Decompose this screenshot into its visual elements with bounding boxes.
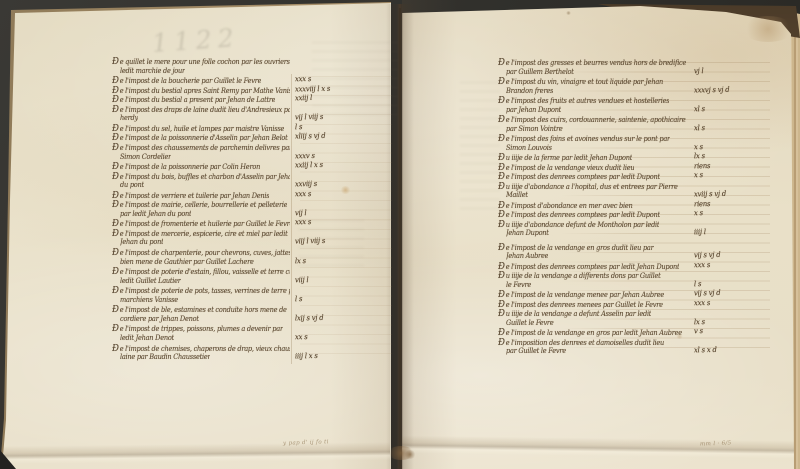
- amount-value: xxiij l: [295, 94, 312, 103]
- entry-line: Simon Cordelier: [120, 152, 171, 160]
- amount-value: l s: [694, 279, 701, 288]
- amount-value: lx s: [694, 152, 705, 161]
- entry-line: Ðe quillet le mere pour une folle cochon…: [112, 57, 290, 68]
- entry-line: ledit Jehan Denot: [120, 334, 174, 342]
- amount-value: x s: [694, 142, 703, 151]
- ghost-numerals: 1122: [151, 23, 240, 58]
- right-foot-note: mm l · 6/5: [700, 440, 732, 447]
- ghost-text-block: [460, 82, 500, 216]
- entry-line: par ledit Jehan du pont: [120, 210, 191, 218]
- manuscript-photo: 1122 Ðe quillet le mere pour une folle c…: [0, 0, 800, 469]
- entry-line: Brandon freres: [506, 86, 553, 94]
- paraph-mark: Ð: [112, 143, 119, 154]
- paraph-mark: Ð: [112, 305, 119, 316]
- amount-value: xxxvj s vj d: [694, 85, 729, 94]
- entry-line: cordiere par Jehan Denot: [120, 315, 199, 323]
- paraph-mark: Ð: [498, 271, 505, 282]
- paraph-mark: Ð: [498, 337, 505, 348]
- paraph-mark: Ð: [112, 104, 119, 115]
- amount-value: xxx s: [295, 75, 311, 84]
- amount-value: viij l viij s: [295, 237, 325, 246]
- amount-value: xl s x d: [694, 345, 717, 354]
- entry-line: par Guillem Berthelot: [506, 67, 574, 75]
- amount-value: xx s: [295, 333, 308, 342]
- entry-line: Jehan Dupont: [506, 229, 549, 237]
- amount-value: lx s: [295, 256, 306, 265]
- paraph-mark: Ð: [498, 309, 505, 320]
- entry-line: par Simon Vointre: [506, 124, 563, 132]
- paraph-mark: Ð: [498, 96, 505, 107]
- amount-value: lxij s vj d: [295, 313, 323, 322]
- amount-value: xxviij s: [295, 180, 317, 189]
- paraph-mark: Ð: [498, 115, 505, 126]
- paraph-mark: Ð: [498, 242, 505, 253]
- amount-value: xxx s: [694, 260, 710, 269]
- paraph-mark: Ð: [112, 248, 119, 259]
- entry-line: Ðe l'impost des fruits et autres vendues…: [498, 96, 669, 107]
- entry-line: par Jehan Dupont: [506, 105, 561, 113]
- amount-value: xviij s vj d: [694, 189, 726, 198]
- entry-line: Ðe l'impost des gresses et beurres vendu…: [498, 58, 686, 69]
- stain: [676, 334, 683, 339]
- gutter-line: [399, 8, 401, 469]
- stain: [742, 16, 794, 42]
- amount-value: v s: [694, 327, 703, 336]
- amount-value: xxx s: [295, 189, 311, 198]
- entry-line: Ðe l'impost des cuirs, cordouannerie, sa…: [498, 115, 686, 126]
- entry-line: Maillet: [506, 191, 528, 199]
- amount-value: xxx s: [694, 298, 710, 307]
- entry-line: Simon Louvois: [506, 143, 552, 151]
- amount-value: vij s vj d: [694, 250, 721, 259]
- amount-value: lx s: [694, 317, 705, 326]
- entry-line: Ðe l'impost des draps de laine dudit lie…: [112, 104, 290, 115]
- entry-line: Ðe l'impost du vin, vinaigre et tout liq…: [498, 77, 663, 88]
- amount-value: vij l viij s: [295, 113, 323, 122]
- stain: [404, 450, 416, 459]
- paraph-mark: Ð: [498, 181, 505, 192]
- amount-value: xxxv s: [295, 151, 315, 160]
- entry-line: le Fevre: [506, 280, 531, 288]
- amount-value: xxxviij l x s: [295, 84, 330, 93]
- amount-value: xl s: [694, 123, 705, 132]
- entry-line: ledit Guillet Lautier: [120, 276, 181, 284]
- paraph-mark: Ð: [498, 219, 505, 230]
- amount-value: x s: [694, 209, 703, 218]
- entry-line: Ðu iiije de la vendange a defunt Asselin…: [498, 309, 651, 320]
- entry-line: Ðe l'impost des foins et avoines vendus …: [498, 134, 670, 145]
- amount-value: iiij l x s: [295, 352, 318, 361]
- entry-line: Jehan Aubree: [506, 252, 548, 260]
- stain: [340, 186, 351, 194]
- paraph-mark: Ð: [498, 77, 505, 88]
- amount-value: vij s vj d: [694, 288, 721, 297]
- amount-value: xxx s: [295, 218, 311, 227]
- paraph-mark: Ð: [498, 58, 505, 69]
- amount-column-rule: [291, 74, 292, 364]
- amount-value: vj l: [694, 66, 704, 75]
- entry-line: bien mene de Gauthier par Guillet Lacher…: [120, 257, 254, 265]
- amount-value: riens: [694, 199, 710, 208]
- stain: [566, 11, 571, 15]
- amount-value: xliij s vj d: [295, 132, 325, 141]
- amount-value: iiij l: [694, 228, 706, 237]
- paraph-mark: Ð: [112, 343, 119, 354]
- entry-line: laine par Baudin Chaussetier: [120, 353, 210, 361]
- amount-value: x s: [694, 171, 703, 180]
- entry-line: Jehan du pont: [120, 238, 163, 246]
- entry-line: Guillet le Fevre: [506, 318, 554, 326]
- paraph-mark: Ð: [112, 200, 119, 211]
- amount-value: l s: [295, 122, 302, 131]
- paraph-mark: Ð: [498, 134, 505, 145]
- ghost-text-block: [312, 42, 398, 116]
- amount-value: viij l: [295, 275, 309, 284]
- amount-value: vij l: [295, 208, 307, 217]
- paraph-mark: Ð: [112, 267, 119, 278]
- amount-value: xl s: [694, 104, 705, 113]
- entry-line: Ðe l'impost des chaussements de parchemi…: [112, 143, 290, 154]
- entry-line: Ðe l'impost de charpenterie, pour chevro…: [112, 248, 290, 259]
- entry-line: ledit marchie de jour: [120, 66, 185, 74]
- amount-value: xxiij l x s: [295, 160, 323, 169]
- amount-value: riens: [694, 161, 710, 170]
- paraph-mark: Ð: [112, 324, 119, 335]
- paraph-mark: Ð: [112, 57, 119, 68]
- amount-value: l s: [295, 294, 302, 303]
- paraph-mark: Ð: [112, 171, 119, 182]
- entry-line: marchiens Vanisse: [120, 296, 178, 304]
- entry-line: Ðu iiije de la vendange a differents don…: [498, 271, 661, 282]
- entry-line: du pont: [120, 181, 144, 189]
- paraph-mark: Ð: [112, 286, 119, 297]
- entry-line: herdy: [120, 114, 138, 122]
- entry-line: par Guillet le Fevre: [506, 347, 566, 355]
- paraph-mark: Ð: [112, 229, 119, 240]
